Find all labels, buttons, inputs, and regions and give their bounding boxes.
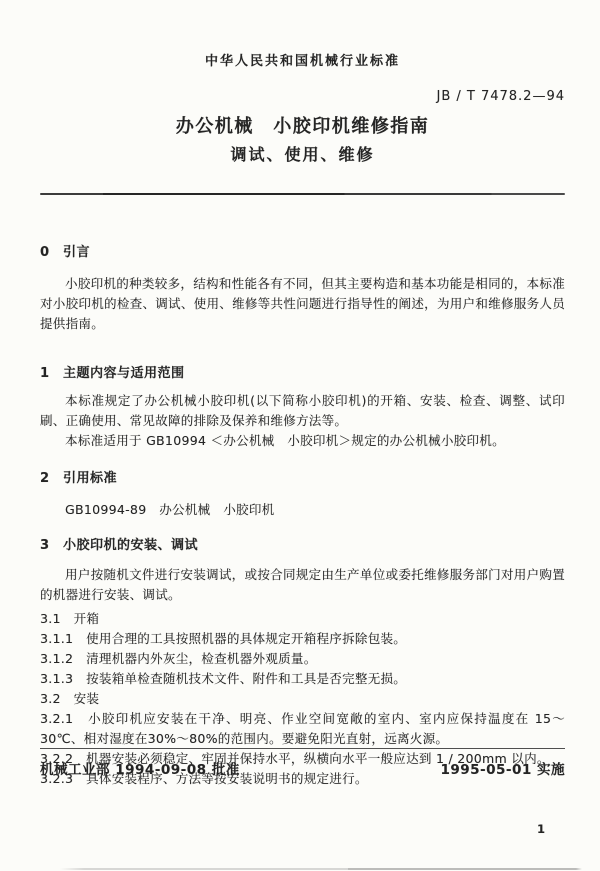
clause-3-1: 3.1 开箱 — [40, 609, 565, 629]
section-2-reference: GB10994-89 办公机械 小胶印机 — [40, 500, 565, 520]
document-title: 办公机械 小胶印机维修指南 — [40, 112, 565, 138]
standard-code: JB / T 7478.2—94 — [40, 89, 565, 104]
clause-3-2-1: 3.2.1 小胶印机应安装在干净、明亮、作业空间宽敞的室内、室内应保持温度在 1… — [40, 709, 565, 749]
footer: 机械工业部 1994-09-08 批准 1995-05-01 实施 — [40, 748, 565, 778]
section-0-heading: 0 引言 — [40, 241, 565, 260]
clause-3-1-3: 3.1.3 按装箱单检查随机技术文件、附件和工具是否完整无损。 — [40, 669, 565, 689]
section-3-heading: 3 小胶印机的安装、调试 — [40, 534, 565, 553]
page-number: 1 — [537, 822, 545, 836]
approval-note: 机械工业部 1994-09-08 批准 — [40, 758, 240, 778]
section-0-paragraph: 小胶印机的种类较多，结构和性能各有不同，但其主要构造和基本功能是相同的，本标准对… — [40, 274, 565, 334]
section-3-paragraph: 用户按随机文件进行安装调试，或按合同规定由生产单位或委托维修服务部门对用户购置的… — [40, 565, 565, 605]
standard-header: 中华人民共和国机械行业标准 — [40, 0, 565, 69]
clause-3-1-1: 3.1.1 使用合理的工具按照机器的具体规定开箱程序拆除包装。 — [40, 629, 565, 649]
section-1-paragraph-1: 本标准规定了办公机械小胶印机(以下简称小胶印机)的开箱、安装、检查、调整、试印刷… — [40, 391, 565, 431]
document-subtitle: 调试、使用、维修 — [40, 142, 565, 165]
section-1-heading: 1 主题内容与适用范围 — [40, 362, 565, 381]
title-divider — [40, 193, 565, 195]
scan-edge-artifact — [0, 868, 600, 870]
document-page: 中华人民共和国机械行业标准 JB / T 7478.2—94 办公机械 小胶印机… — [0, 0, 600, 871]
section-2-heading: 2 引用标准 — [40, 467, 565, 486]
page-content: 中华人民共和国机械行业标准 JB / T 7478.2—94 办公机械 小胶印机… — [0, 0, 600, 789]
section-1-paragraph-2: 本标准适用于 GB10994 ＜办公机械 小胶印机＞规定的办公机械小胶印机。 — [40, 431, 565, 451]
clause-3-2: 3.2 安装 — [40, 689, 565, 709]
implementation-note: 1995-05-01 实施 — [440, 758, 565, 778]
clause-3-1-2: 3.1.2 清理机器内外灰尘，检查机器外观质量。 — [40, 649, 565, 669]
